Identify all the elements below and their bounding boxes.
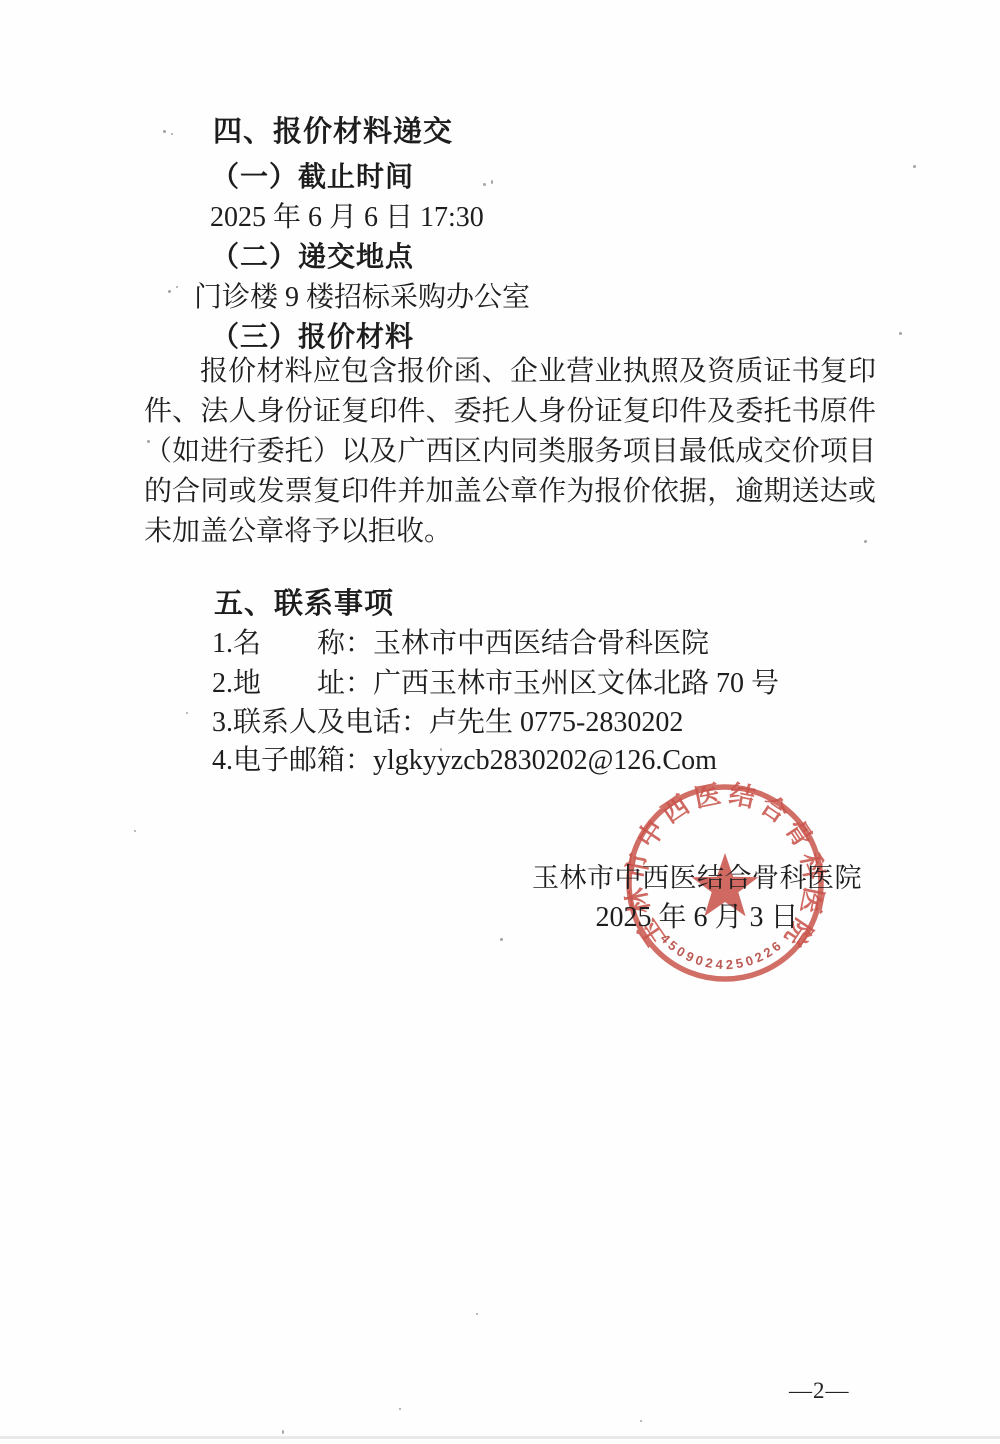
deadline-value: 2025 年 6 月 6 日 17:30: [210, 198, 484, 238]
scan-speck: [176, 286, 178, 288]
section5-title: 五、联系事项: [214, 584, 394, 624]
scan-edge: [0, 1436, 1000, 1439]
scan-speck: [899, 332, 902, 335]
scan-speck: [134, 830, 136, 832]
signature-block: 玉林市中西医结合骨科医院 2025 年 6 月 3 日: [497, 858, 897, 938]
scan-speck: [440, 748, 442, 751]
scan-speck: [163, 130, 166, 133]
location-value: 门诊楼 9 楼招标采购办公室: [194, 278, 530, 318]
scan-speck: [399, 1408, 401, 1410]
contact-phone: 3.联系人及电话：卢先生 0775-2830202: [212, 703, 683, 743]
location-heading: （二）递交地点: [211, 238, 414, 278]
document-page: 四、报价材料递交 （一）截止时间 2025 年 6 月 6 日 17:30 （二…: [0, 0, 1000, 1444]
scan-speck: [171, 133, 173, 135]
scan-speck: [168, 290, 171, 293]
contact-address: 2.地 址：广西玉林市玉州区文体北路 70 号: [212, 664, 779, 704]
deadline-heading: （一）截止时间: [211, 158, 414, 198]
scan-speck: [913, 165, 916, 168]
signature-date: 2025 年 6 月 3 日: [497, 898, 897, 938]
scan-speck: [147, 440, 150, 443]
section4-title: 四、报价材料递交: [213, 112, 453, 152]
scan-speck: [640, 1420, 642, 1422]
scan-speck: [864, 540, 867, 543]
contact-email: 4.电子邮箱：ylgkyyzcb2830202@126.Com: [212, 741, 717, 781]
scan-speck: [282, 1430, 284, 1434]
scan-speck: [476, 1313, 478, 1315]
page-number: —2—: [789, 1378, 850, 1404]
signature-organization: 玉林市中西医结合骨科医院: [497, 858, 897, 898]
scan-speck: [500, 938, 503, 941]
scan-speck: [186, 712, 188, 714]
scan-speck: [483, 183, 486, 186]
contact-name: 1.名 称：玉林市中西医结合骨科医院: [212, 624, 709, 664]
materials-paragraph: 报价材料应包含报价函、企业营业执照及资质证书复印件、法人身份证复印件、委托人身份…: [144, 352, 876, 552]
scan-speck: [491, 180, 493, 184]
